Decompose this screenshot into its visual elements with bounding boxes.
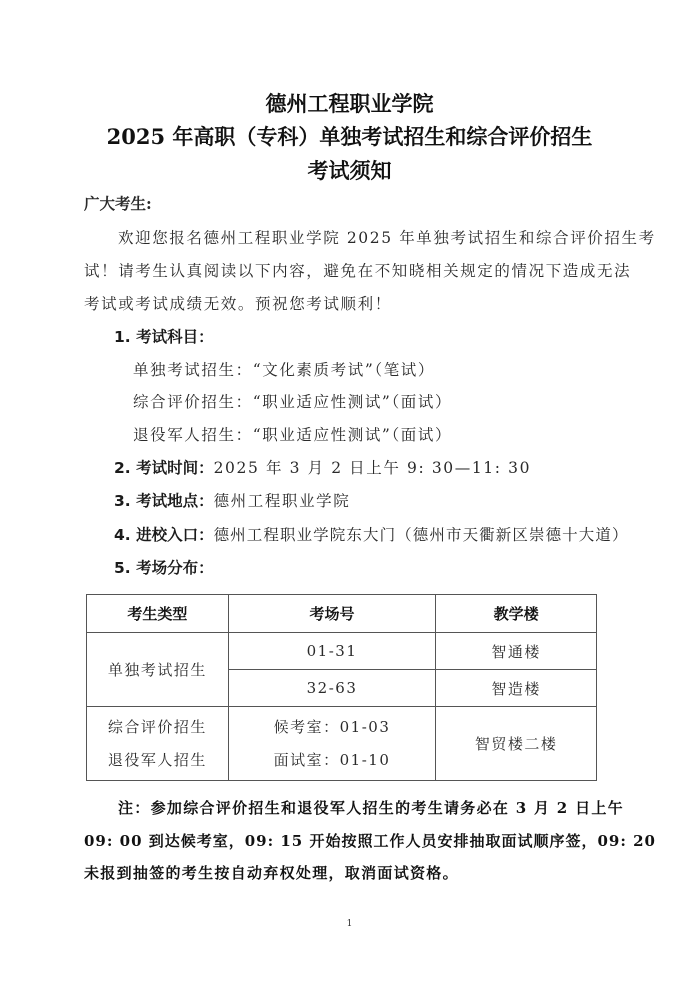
cell-text: 退役军人招生 xyxy=(87,744,228,777)
cell-building: 智造楼 xyxy=(436,670,597,707)
section-subjects: 1. 考试科目： xyxy=(114,327,649,347)
cell-building: 智通楼 xyxy=(436,633,597,670)
section-distribution-label: 5. 考场分布： xyxy=(114,559,214,577)
intro-line-3: 考试或考试成绩无效。预祝您考试顺利！ xyxy=(84,294,619,314)
section-subjects-label: 1. 考试科目： xyxy=(114,328,214,346)
section-time-label: 2. 考试时间： xyxy=(114,459,214,477)
cell-text: 面试室：01-10 xyxy=(229,744,436,777)
table-header-row: 考生类型 考场号 教学楼 xyxy=(87,595,597,633)
cell-room-number: 候考室：01-03 面试室：01-10 xyxy=(228,707,436,781)
cell-candidate-type: 单独考试招生 xyxy=(87,633,229,707)
cell-text: 候考室：01-03 xyxy=(229,711,436,744)
cell-text: 综合评价招生 xyxy=(87,711,228,744)
venue-table: 考生类型 考场号 教学楼 单独考试招生 01-31 智通楼 32-63 智造楼 … xyxy=(86,594,597,781)
header-candidate-type: 考生类型 xyxy=(87,595,229,633)
cell-room-number: 32-63 xyxy=(228,670,436,707)
intro-line-1: 欢迎您报名德州工程职业学院 2025 年单独考试招生和综合评价招生考 xyxy=(118,228,653,248)
note-line-1: 注：参加综合评价招生和退役军人招生的考生请务必在 3 月 2 日上午 xyxy=(118,797,653,818)
document-page: 德州工程职业学院 2025 年高职（专科）单独考试招生和综合评价招生 考试须知 … xyxy=(0,0,699,989)
subject-item: 单独考试招生：“文化素质考试”（笔试） xyxy=(133,360,668,380)
section-entrance-value: 德州工程职业学院东大门（德州市天衢新区崇德十大道） xyxy=(214,526,629,544)
table-row: 综合评价招生 退役军人招生 候考室：01-03 面试室：01-10 智贸楼二楼 xyxy=(87,707,597,781)
header-room-number: 考场号 xyxy=(228,595,436,633)
title-notice: 考试须知 xyxy=(0,155,699,185)
greeting: 广大考生: xyxy=(84,194,619,214)
cell-building: 智贸楼二楼 xyxy=(436,707,597,781)
section-time-value: 2025 年 3 月 2 日上午 9: 30—11: 30 xyxy=(214,459,531,477)
table-row: 单独考试招生 01-31 智通楼 xyxy=(87,633,597,670)
cell-candidate-type: 综合评价招生 退役军人招生 xyxy=(87,707,229,781)
intro-line-2: 试！请考生认真阅读以下内容，避免在不知晓相关规定的情况下造成无法 xyxy=(84,261,619,281)
title-exam: 2025 年高职（专科）单独考试招生和综合评价招生 xyxy=(0,121,699,151)
section-time: 2. 考试时间：2025 年 3 月 2 日上午 9: 30—11: 30 xyxy=(114,458,649,478)
title-school: 德州工程职业学院 xyxy=(0,88,699,118)
subject-item: 综合评价招生：“职业适应性测试”（面试） xyxy=(133,392,668,412)
section-distribution: 5. 考场分布： xyxy=(114,558,649,578)
cell-room-number: 01-31 xyxy=(228,633,436,670)
note-line-2: 09: 00 到达候考室，09: 15 开始按照工作人员安排抽取面试顺序签，09… xyxy=(84,830,619,851)
section-location-label: 3. 考试地点： xyxy=(114,492,214,510)
section-entrance: 4. 进校入口：德州工程职业学院东大门（德州市天衢新区崇德十大道） xyxy=(114,525,649,545)
header-building: 教学楼 xyxy=(436,595,597,633)
page-number: 1 xyxy=(0,919,699,929)
section-location-value: 德州工程职业学院 xyxy=(214,492,351,510)
note-line-3: 未报到抽签的考生按自动弃权处理，取消面试资格。 xyxy=(84,862,619,883)
subject-item: 退役军人招生：“职业适应性测试”（面试） xyxy=(133,425,668,445)
section-location: 3. 考试地点：德州工程职业学院 xyxy=(114,491,649,511)
section-entrance-label: 4. 进校入口： xyxy=(114,526,214,544)
